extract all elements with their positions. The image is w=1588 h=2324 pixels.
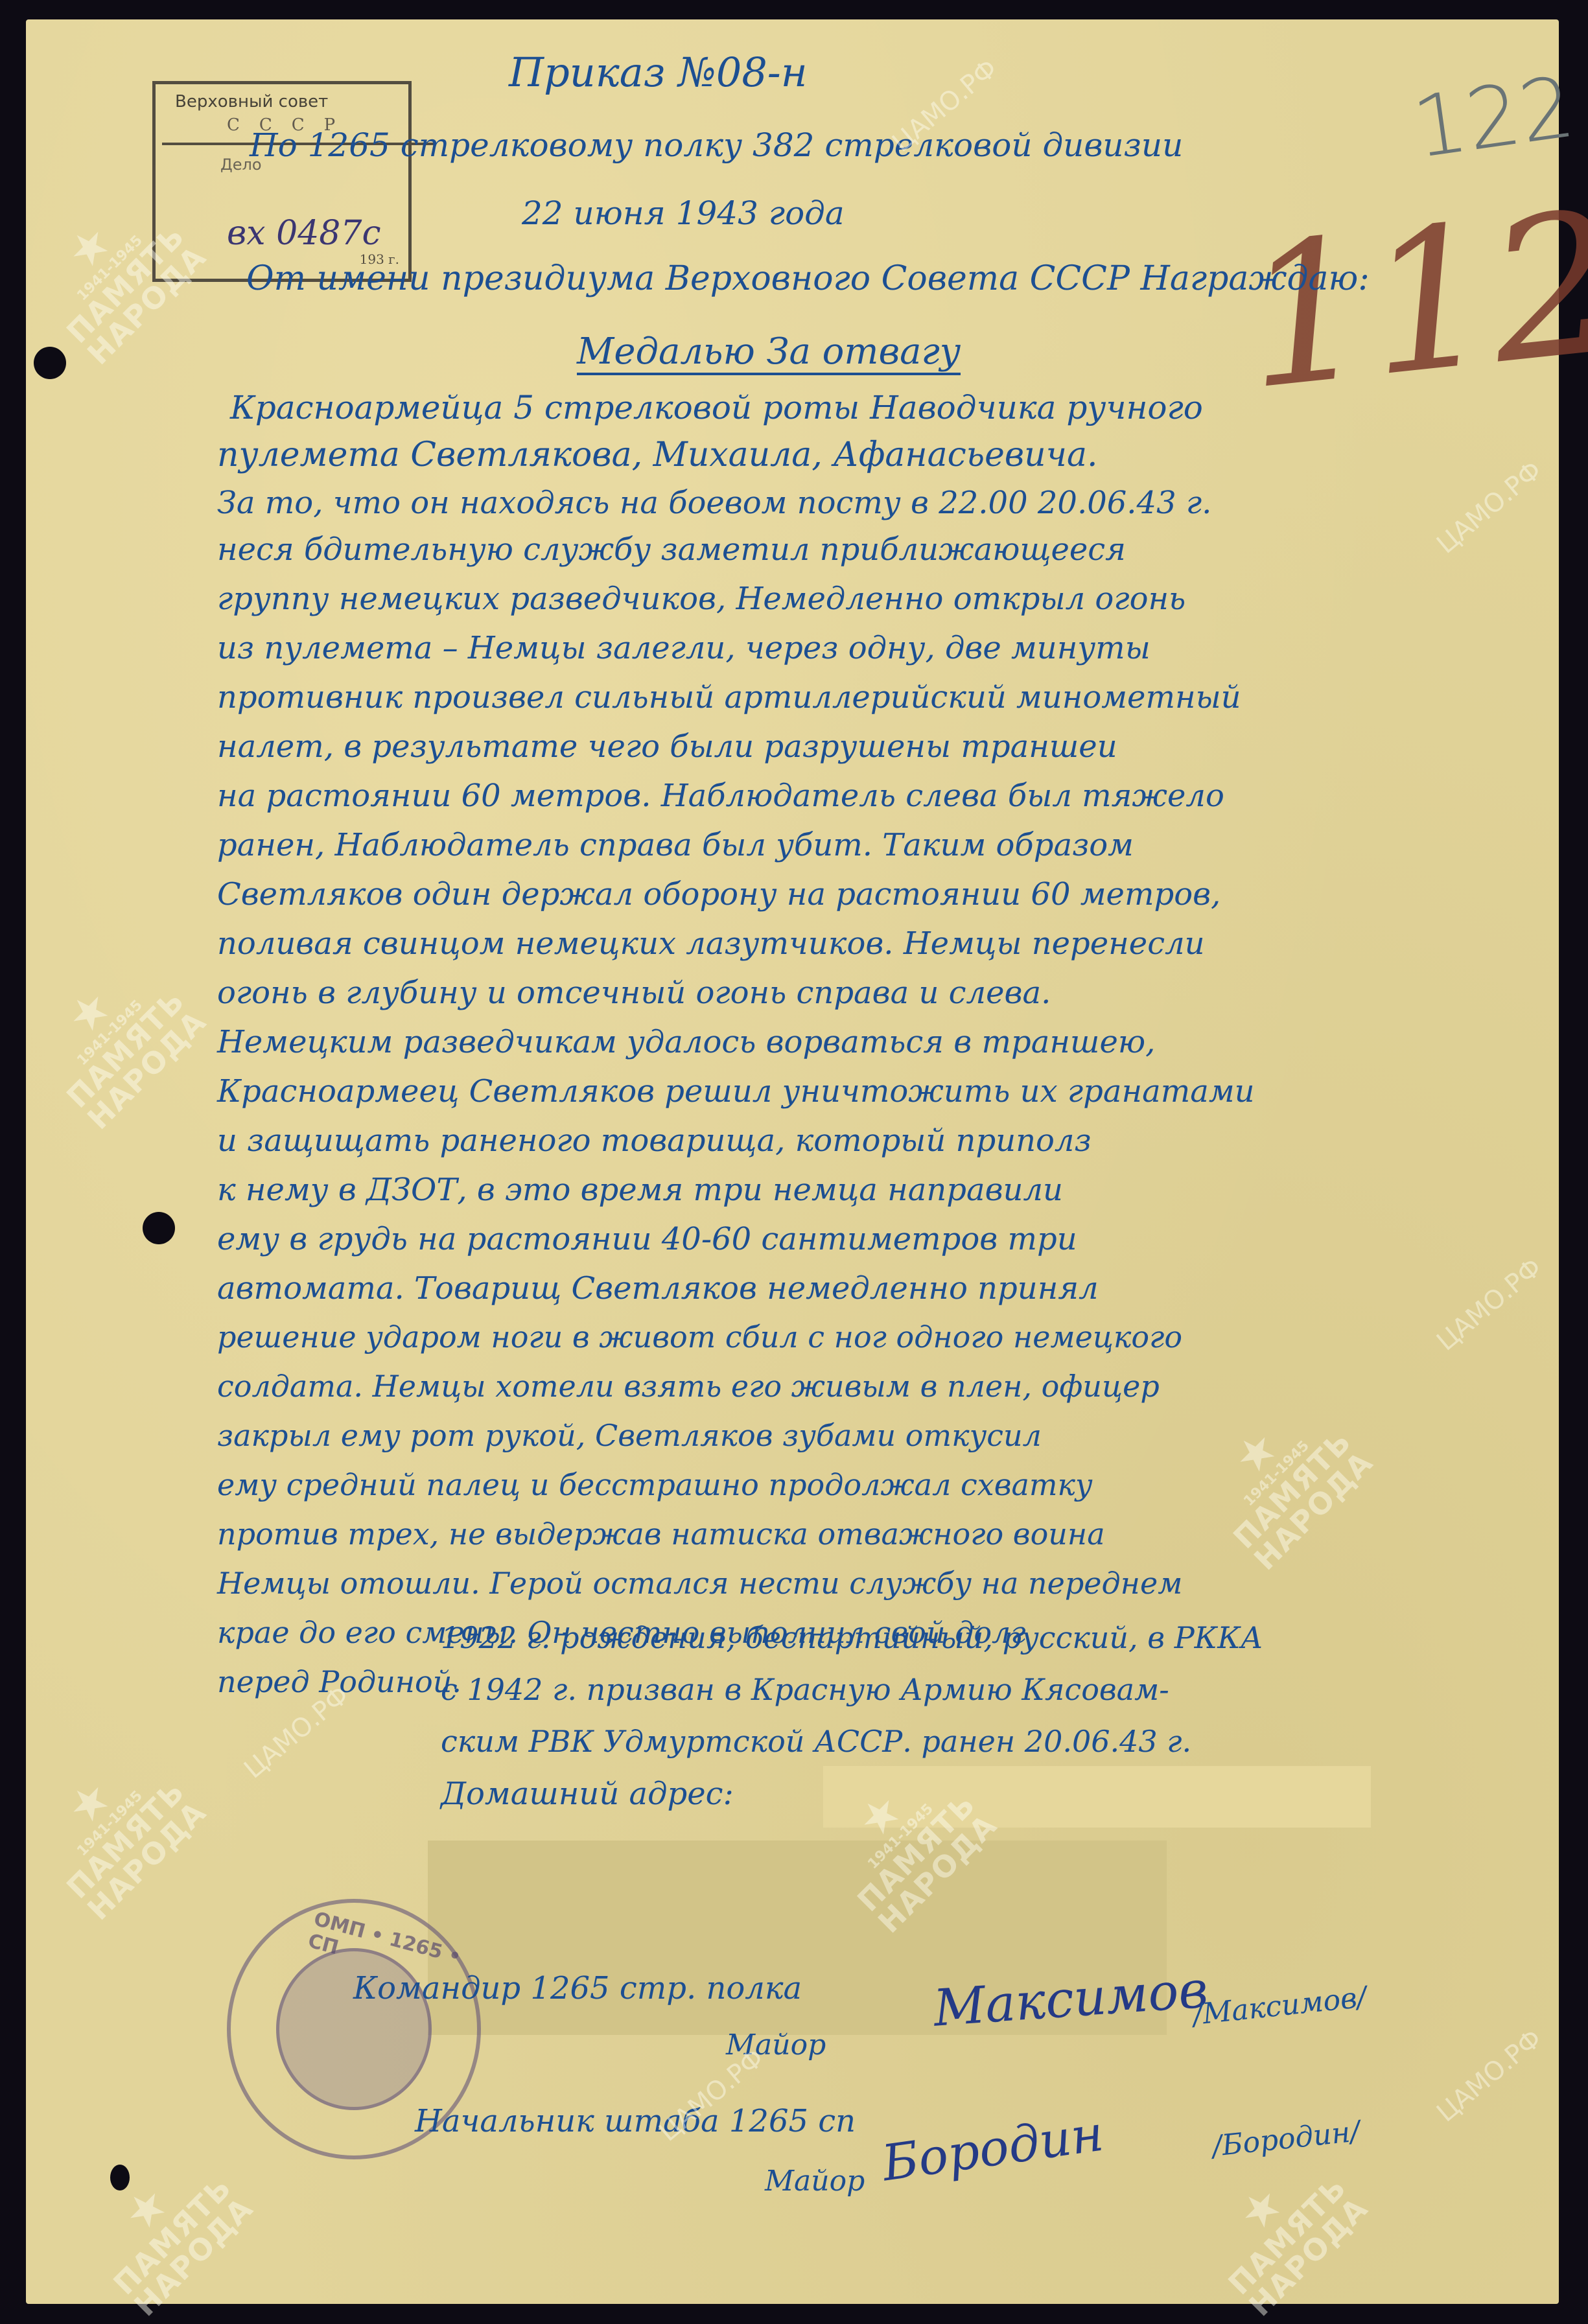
body-line: солдата. Немцы хотели взять его живым в … xyxy=(217,1369,1160,1404)
watermark-pamyat-naroda: ★ 1941-1945 ПАМЯТЬ НАРОДА xyxy=(1185,1383,1378,1575)
watermark-pamyat-naroda: ★ ПАМЯТЬ НАРОДА xyxy=(76,2139,258,2321)
watermark-tsamo: ЦАМО.РФ xyxy=(1431,1252,1547,1356)
commander-name: /Максимов/ xyxy=(1191,1981,1368,2032)
body-line: и защищать раненого товарища, который пр… xyxy=(217,1122,1092,1159)
header-line-3: От имени президиума Верховного Совета СС… xyxy=(246,259,1370,298)
body-line: За то, что он находясь на боевом посту в… xyxy=(217,485,1211,521)
bio-line-3: ским РВК Удмуртской АССР. ранен 20.06.43… xyxy=(441,1724,1191,1759)
body-line: налет, в результате чего были разрушены … xyxy=(217,728,1117,765)
body-line: ему средний палец и бесстрашно продолжал… xyxy=(217,1467,1093,1502)
folio-number: 112 xyxy=(1233,169,1588,433)
body-line: ему в грудь на растоянии 40-60 сантиметр… xyxy=(217,1221,1077,1257)
body-line: закрыл ему рот рукой, Светляков зубами о… xyxy=(217,1418,1042,1453)
body-line: автомата. Товарищ Светляков немедленно п… xyxy=(217,1270,1099,1307)
watermark-pamyat-naroda: ★ 1941-1945 ПАМЯТЬ НАРОДА xyxy=(19,942,211,1135)
bio-line-2: с 1942 г. призван в Красную Армию Кясова… xyxy=(441,1672,1169,1707)
body-line: из пулемета – Немцы залегли, через одну,… xyxy=(217,630,1150,666)
body-line: огонь в глубину и отсечный огонь справа … xyxy=(217,975,1051,1011)
punch-hole-bottom xyxy=(110,2165,130,2190)
body-line: Красноармейца 5 стрелковой роты Наводчик… xyxy=(230,389,1203,426)
body-line: против трех, не выдержав натиска отважно… xyxy=(217,1516,1105,1551)
body-line: группу немецких разведчиков, Немедленно … xyxy=(217,581,1185,617)
body-line: на растоянии 60 метров. Наблюдатель слев… xyxy=(217,778,1224,814)
archive-page-number: 122 xyxy=(1407,57,1580,177)
header-line-1: По 1265 стрелковому полку 382 стрелковой… xyxy=(250,126,1183,164)
award-name: Медалью За отвагу xyxy=(577,331,961,375)
bio-line-1: 1922 г. рождения, беспартийный, русский,… xyxy=(441,1620,1263,1655)
document-page: Верховный совет СССР Дело вх 0487с 193 г… xyxy=(26,19,1559,2304)
body-line: к нему в ДЗОТ, в это время три немца нап… xyxy=(217,1172,1063,1208)
body-line: Светляков один держал оборону на растоян… xyxy=(217,876,1220,912)
home-address-label: Домашний адрес: xyxy=(441,1776,734,1812)
order-title: Приказ №08-н xyxy=(509,49,808,96)
body-line: Немцы отошли. Герой остался нести службу… xyxy=(217,1566,1182,1601)
stamp-line-1: Верховный совет xyxy=(175,92,328,111)
chief-of-staff-rank: Майор xyxy=(765,2165,865,2198)
body-line: пулемета Светлякова, Михаила, Афанасьеви… xyxy=(217,436,1098,474)
header-line-2: 22 июня 1943 года xyxy=(522,194,845,232)
body-line: ранен, Наблюдатель справа был убит. Таки… xyxy=(217,827,1134,863)
body-line: неся бдительную службу заметил приближаю… xyxy=(217,531,1126,568)
body-line: Красноармеец Светляков решил уничтожить … xyxy=(217,1073,1255,1110)
watermark-pamyat-naroda: ★ 1941-1945 ПАМЯТЬ НАРОДА xyxy=(19,1733,211,1925)
watermark-tsamo: ЦАМО.РФ xyxy=(1431,2023,1547,2128)
body-line: противник произвел сильный артиллерийски… xyxy=(217,679,1241,715)
punch-hole-top xyxy=(34,347,66,379)
punch-hole-middle xyxy=(143,1212,175,1244)
incoming-number: вх 0487с xyxy=(227,214,381,253)
chief-of-staff-signature: Бородин xyxy=(878,2104,1106,2192)
watermark-pamyat-naroda: ★ ПАМЯТЬ НАРОДА xyxy=(1191,2139,1373,2321)
watermark-tsamo: ЦАМО.РФ xyxy=(1431,455,1547,559)
chief-of-staff-title: Начальник штаба 1265 сп xyxy=(415,2103,856,2139)
commander-title: Командир 1265 стр. полка xyxy=(353,1970,802,2006)
body-line: решение ударом ноги в живот сбил с ног о… xyxy=(217,1319,1182,1354)
body-line: поливая свинцом немецких лазутчиков. Нем… xyxy=(217,925,1205,962)
body-line: Немецким разведчикам удалось ворваться в… xyxy=(217,1024,1155,1060)
